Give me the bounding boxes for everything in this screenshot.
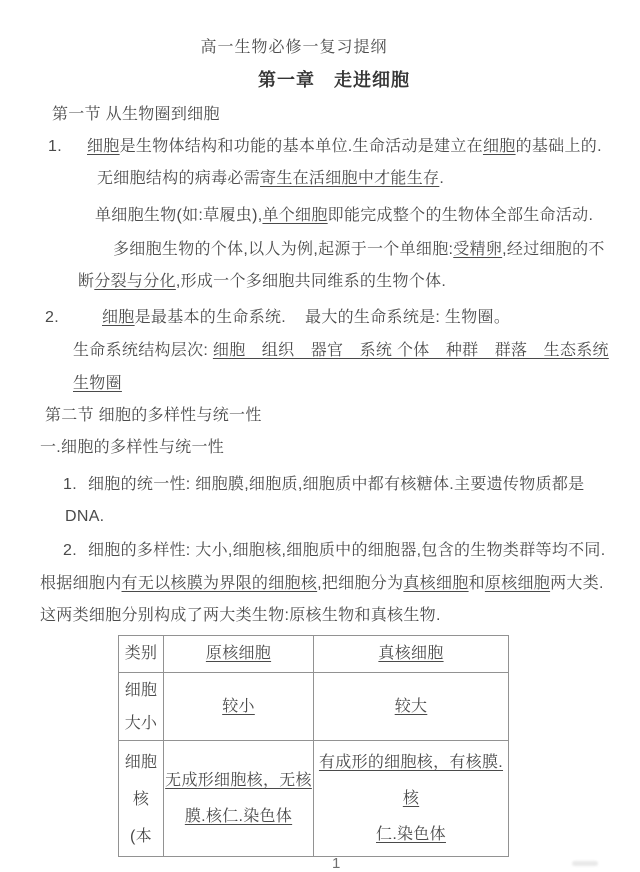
text-segment: 细胞的统一性: 细胞膜,细胞质,细胞质中都有核糖体.主要遗传物质都是: [88, 476, 584, 493]
text-segment: 细胞 核 (本: [125, 754, 158, 845]
text-segment: 第二节 细胞的多样性与统一性: [45, 407, 262, 424]
diversity-line3: 这两类细胞分别构成了两大类生物:原核生物和真核生物.: [40, 605, 441, 627]
text-segment: 断: [78, 273, 94, 290]
point1-line5: 断分裂与分化,形成一个多细胞共同维系的生物个体.: [78, 271, 446, 293]
text-segment: 寄生在活细胞中才能生存: [260, 170, 439, 187]
header-cell-category: 类别: [119, 636, 164, 673]
cell-comparison-table: 类别 原核细胞 真核细胞 细胞 大小 较小 较大 细胞 核 (本 无成形细胞核，…: [118, 635, 509, 857]
subsection-heading: 一.细胞的多样性与统一性: [40, 437, 224, 459]
text-segment: 的基础上的.: [516, 138, 602, 155]
point2-line1: 2.细胞是最基本的生命系统. 最大的生命系统是: 生物圈。: [45, 307, 510, 329]
row-label-nucleus: 细胞 核 (本: [119, 741, 164, 857]
nucleus-prokaryote: 无成形细胞核，无核 膜.核仁.染色体: [164, 741, 314, 857]
text-segment: 分裂与分化: [94, 273, 176, 290]
header-cell-prokaryote: 原核细胞: [164, 636, 314, 673]
text-segment: 两大类.: [550, 575, 604, 592]
point1-line4: 多细胞生物的个体,以人为例,起源于一个单细胞:受精卵,经过细胞的不: [113, 239, 605, 261]
point1-line2: 无细胞结构的病毒必需寄生在活细胞中才能生存.: [97, 168, 444, 190]
cell-size-prokaryote: 较小: [164, 673, 314, 741]
document-title: 高一生物必修一复习提纲: [0, 34, 588, 57]
text-segment: 细胞 大小: [125, 682, 158, 732]
text-segment: 细胞 组织 器官 系统 个体 种群 群落 生态系统: [213, 342, 609, 359]
nucleus-eukaryote: 有成形的细胞核，有核膜.核 仁.染色体: [314, 741, 509, 857]
text-segment: 生命系统结构层次:: [73, 342, 213, 359]
text-segment: 第一节 从生物圈到细胞: [52, 106, 220, 123]
chapter-heading: 第一章 走进细胞: [40, 66, 628, 92]
header-cell-eukaryote: 真核细胞: [314, 636, 509, 673]
text-segment: 即能完成整个的生物体全部生命活动.: [328, 207, 594, 224]
section1-heading: 第一节 从生物圈到细胞: [52, 104, 220, 126]
text-segment: 和: [469, 575, 485, 592]
text-segment: 无细胞结构的病毒必需: [97, 170, 260, 187]
row-label-cell-size: 细胞 大小: [119, 673, 164, 741]
document-page: 高一生物必修一复习提纲 第一章 走进细胞 第一节 从生物圈到细胞 1.细胞是生物…: [0, 0, 640, 872]
diversity-line2: 根据细胞内有无以核膜为界限的细胞核,把细胞分为真核细胞和原核细胞两大类.: [40, 573, 604, 595]
text-segment: 是生物体结构和功能的基本单位.生命活动是建立在: [120, 138, 483, 155]
unity-line1: 1.细胞的统一性: 细胞膜,细胞质,细胞质中都有核糖体.主要遗传物质都是: [63, 474, 584, 496]
text-segment: 这两类细胞分别构成了两大类生物:原核生物和真核生物.: [40, 607, 441, 624]
text-segment: 较大: [395, 698, 428, 715]
text-segment: 根据细胞内: [40, 575, 122, 592]
text-segment: ,形成一个多细胞共同维系的生物个体.: [176, 273, 446, 290]
text-segment: 细胞: [102, 309, 135, 326]
text-segment: 单细胞生物(如:草履虫),: [95, 207, 262, 224]
text-segment: 细胞: [87, 138, 120, 155]
unity-line2: DNA.: [65, 506, 104, 528]
text-segment: 真核细胞: [378, 645, 443, 662]
text-segment: 多细胞生物的个体,以人为例,起源于一个单细胞:: [113, 241, 453, 258]
text-segment: 细胞的多样性: 大小,细胞核,细胞质中的细胞器,包含的生物类群等均不同.: [88, 542, 605, 559]
hierarchy-line-2: 生物圈: [73, 373, 122, 395]
text-segment: 是最基本的生命系统. 最大的生命系统是: 生物圈。: [135, 309, 511, 326]
text-segment: DNA.: [65, 508, 104, 525]
text-segment: 生物圈: [73, 375, 122, 392]
text-segment: 原核细胞: [485, 575, 550, 592]
text-segment: ,把细胞分为: [317, 575, 403, 592]
list-number: 1.: [48, 136, 87, 158]
point1-line3: 单细胞生物(如:草履虫),单个细胞即能完成整个的生物体全部生命活动.: [95, 205, 593, 227]
text-segment: 细胞: [483, 138, 516, 155]
text-segment: 有成形的细胞核，有核膜.核 仁.染色体: [319, 754, 503, 843]
section2-heading: 第二节 细胞的多样性与统一性: [45, 405, 262, 427]
point1-line1: 1.细胞是生物体结构和功能的基本单位.生命活动是建立在细胞的基础上的.: [48, 136, 602, 158]
list-number: 2.: [45, 307, 102, 329]
scan-artifact: [572, 861, 598, 866]
text-segment: .: [439, 170, 444, 187]
text-segment: 一.细胞的多样性与统一性: [40, 439, 224, 456]
list-number: 1.: [63, 474, 88, 496]
table-row-cell-size: 细胞 大小 较小 较大: [119, 673, 509, 741]
text-segment: 真核细胞: [403, 575, 468, 592]
page-number: 1: [332, 855, 340, 872]
text-segment: 无成形细胞核，无核 膜.核仁.染色体: [165, 772, 312, 825]
text-segment: 有无以核膜为界限的细胞核: [122, 575, 318, 592]
cell-size-eukaryote: 较大: [314, 673, 509, 741]
list-number: 2.: [63, 540, 88, 562]
hierarchy-line: 生命系统结构层次: 细胞 组织 器官 系统 个体 种群 群落 生态系统: [73, 340, 609, 362]
text-segment: ,经过细胞的不: [502, 241, 605, 258]
text-segment: 原核细胞: [206, 645, 271, 662]
table-header-row: 类别 原核细胞 真核细胞: [119, 636, 509, 673]
text-segment: 较小: [222, 698, 255, 715]
table-row-nucleus: 细胞 核 (本 无成形细胞核，无核 膜.核仁.染色体 有成形的细胞核，有核膜.核…: [119, 741, 509, 857]
text-segment: 类别: [125, 645, 158, 662]
text-segment: 受精卵: [453, 241, 502, 258]
text-segment: 单个细胞: [262, 207, 327, 224]
diversity-line1: 2.细胞的多样性: 大小,细胞核,细胞质中的细胞器,包含的生物类群等均不同.: [63, 540, 605, 562]
